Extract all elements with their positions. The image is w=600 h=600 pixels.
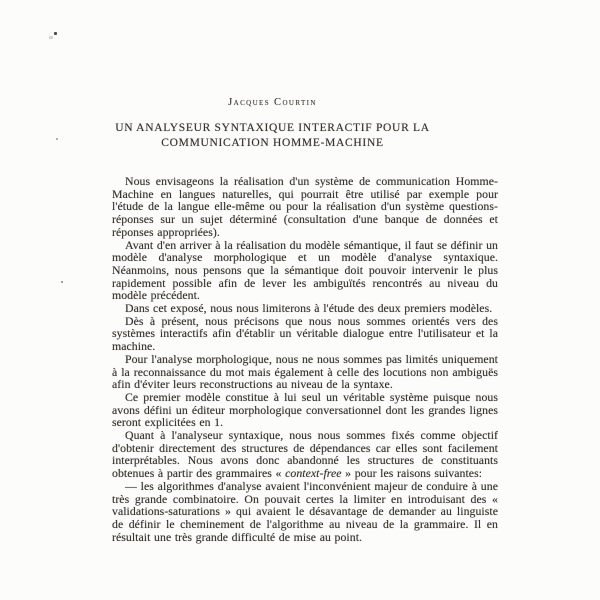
scan-speck xyxy=(56,138,58,140)
article-title: UN ANALYSEUR SYNTAXIQUE INTERACTIF POUR … xyxy=(75,121,470,150)
article-title-line-2: COMMUNICATION HOMME-MACHINE xyxy=(75,136,470,151)
paragraph: — les algorithmes d'analyse avaient l'in… xyxy=(112,480,498,544)
scan-speck xyxy=(49,36,53,39)
paragraph: Nous envisageons la réalisation d'un sys… xyxy=(112,175,498,239)
author-name: Jacques Courtin xyxy=(75,97,470,108)
paragraph: Quant à l'analyseur syntaxique, nous nou… xyxy=(112,429,498,480)
paragraph: Pour l'analyse morphologique, nous ne no… xyxy=(112,353,498,391)
paragraph: Dès à présent, nous précisons que nous n… xyxy=(112,315,498,353)
article-title-line-1: UN ANALYSEUR SYNTAXIQUE INTERACTIF POUR … xyxy=(75,121,470,136)
scan-speck xyxy=(54,32,57,35)
article-body: Nous envisageons la réalisation d'un sys… xyxy=(112,175,498,543)
paragraph: Ce premier modèle constitue à lui seul u… xyxy=(112,391,498,429)
scan-speck xyxy=(61,281,63,283)
paragraph: Dans cet exposé, nous nous limiterons à … xyxy=(112,302,498,315)
scanned-page: Jacques Courtin UN ANALYSEUR SYNTAXIQUE … xyxy=(0,0,600,600)
paragraph: Avant d'en arriver à la réalisation du m… xyxy=(112,239,498,303)
